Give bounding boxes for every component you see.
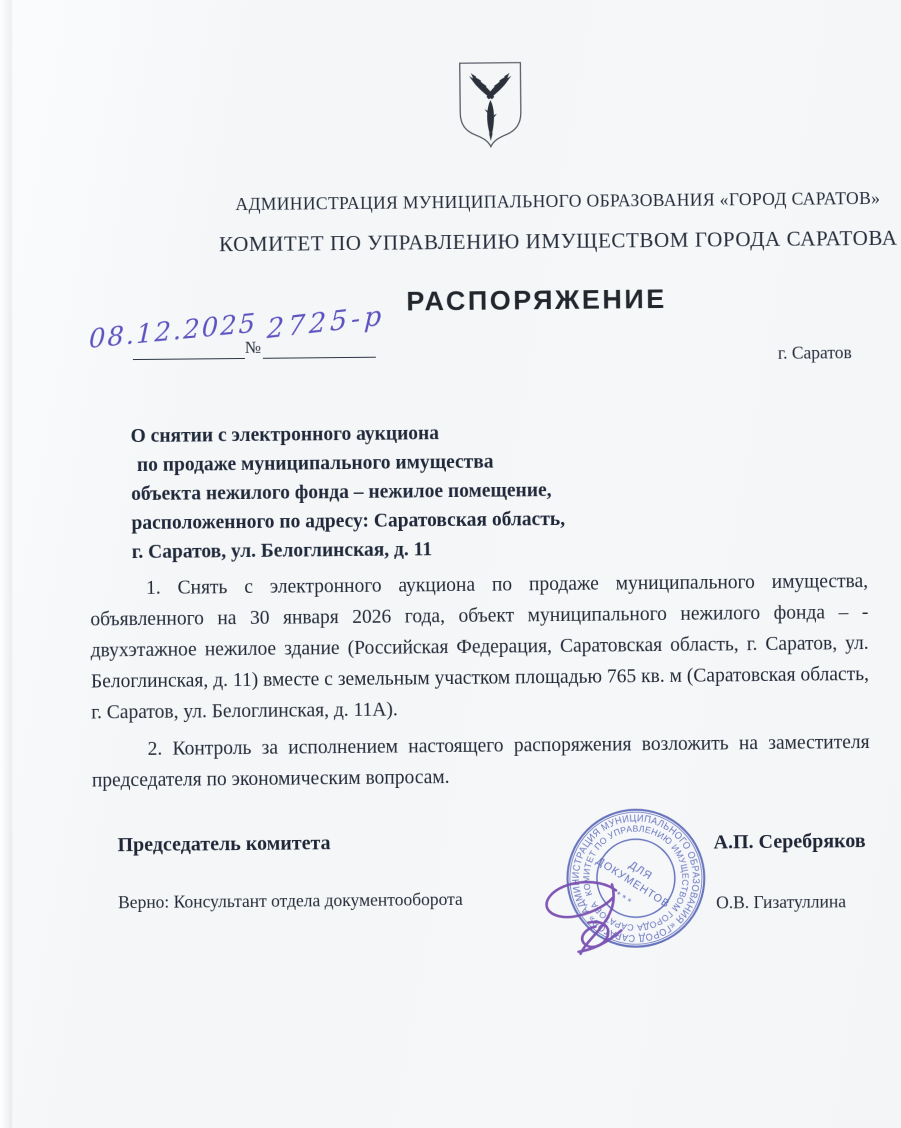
- letterhead: АДМИНИСТРАЦИЯ МУНИЦИПАЛЬНОГО ОБРАЗОВАНИЯ…: [0, 0, 896, 4]
- document-type-title: РАСПОРЯЖЕНИЕ: [406, 284, 667, 317]
- document-page: АДМИНИСТРАЦИЯ МУНИЦИПАЛЬНОГО ОБРАЗОВАНИЯ…: [0, 0, 901, 1128]
- city-label: г. Саратов: [778, 342, 852, 364]
- signer-name: А.П. Серебряков: [713, 830, 865, 854]
- subject-heading: О снятии с электронного аукциона по прод…: [130, 417, 631, 567]
- scanned-content: АДМИНИСТРАЦИЯ МУНИЦИПАЛЬНОГО ОБРАЗОВАНИЯ…: [0, 0, 901, 1128]
- verification-label: Верно: Консультант отдела документооборо…: [118, 889, 463, 913]
- subject-line: г. Саратов, ул. Белоглинская, д. 11: [132, 533, 632, 567]
- handwritten-number: 2725-р: [266, 300, 386, 345]
- signature-scribble: [528, 850, 669, 963]
- sterlet-fishes: [469, 73, 512, 142]
- number-sign: №: [245, 338, 261, 358]
- date-underline: [133, 358, 245, 360]
- paragraph-2: 2. Контроль за исполнением настоящего ра…: [91, 727, 870, 796]
- organization-line-1: АДМИНИСТРАЦИЯ МУНИЦИПАЛЬНОГО ОБРАЗОВАНИЯ…: [107, 187, 901, 217]
- paragraph-1: 1. Снять с электронного аукциона по прод…: [90, 566, 869, 728]
- subject-line: расположенного по адресу: Саратовская об…: [131, 504, 631, 538]
- number-underline: [263, 357, 376, 359]
- signer-title: Председатель комитета: [117, 832, 330, 857]
- organization-line-2: КОМИТЕТ ПО УПРАВЛЕНИЮ ИМУЩЕСТВОМ ГОРОДА …: [108, 225, 901, 259]
- verifier-name: О.В. Гизатуллина: [716, 891, 846, 913]
- saratov-coat-of-arms-icon: [452, 57, 529, 152]
- handwritten-date: 08.12.2025: [89, 308, 258, 355]
- subject-line: по продаже муниципального имущества: [137, 446, 631, 480]
